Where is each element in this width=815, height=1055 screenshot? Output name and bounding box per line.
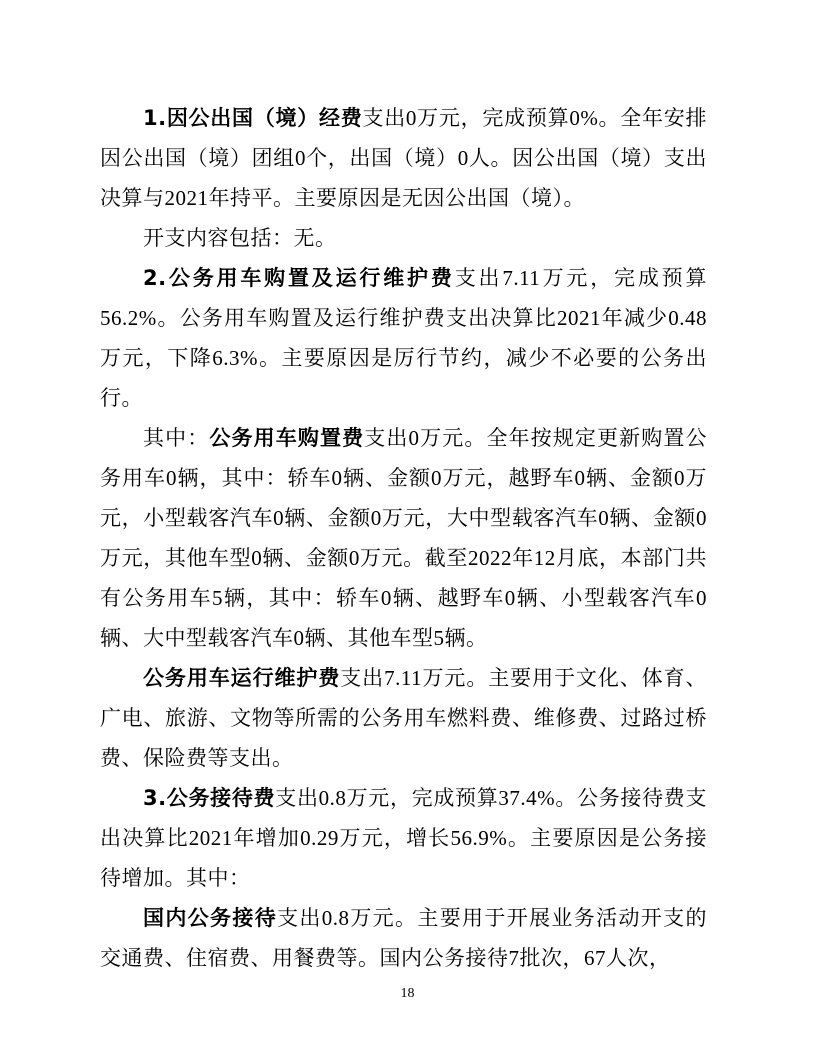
page-number: 18 xyxy=(0,986,815,1002)
paragraph-lead-bold: 1.因公出国（境）经费 xyxy=(143,106,362,130)
paragraph-overseas-travel-expense: 1.因公出国（境）经费支出0万元，完成预算0%。全年安排因公出国（境）团组0个，… xyxy=(100,98,707,218)
paragraph-lead-bold: 国内公务接待 xyxy=(143,906,277,930)
paragraph-vehicle-purchase-detail: 其中：公务用车购置费支出0万元。全年按规定更新购置公务用车0辆，其中：轿车0辆、… xyxy=(100,418,707,658)
paragraph-text: 开支内容包括：无。 xyxy=(143,226,337,250)
document-body: 1.因公出国（境）经费支出0万元，完成预算0%。全年安排因公出国（境）团组0个，… xyxy=(100,98,707,978)
paragraph-lead-bold: 3.公务接待费 xyxy=(143,786,275,810)
paragraph-lead-bold: 2.公务用车购置及运行维护费 xyxy=(143,266,455,290)
paragraph-domestic-reception: 国内公务接待支出0.8万元。主要用于开展业务活动开支的交通费、住宿费、用餐费等。… xyxy=(100,898,707,978)
paragraph-text: 其中： xyxy=(143,426,209,450)
document-page: 1.因公出国（境）经费支出0万元，完成预算0%。全年安排因公出国（境）团组0个，… xyxy=(0,0,815,1055)
paragraph-vehicle-purchase-maintenance: 2.公务用车购置及运行维护费支出7.11万元，完成预算56.2%。公务用车购置及… xyxy=(100,258,707,418)
paragraph-lead-bold: 公务用车运行维护费 xyxy=(143,666,340,690)
paragraph-official-reception: 3.公务接待费支出0.8万元，完成预算37.4%。公务接待费支出决算比2021年… xyxy=(100,778,707,898)
paragraph-expense-content: 开支内容包括：无。 xyxy=(100,218,707,258)
paragraph-text: 支出0万元。全年按规定更新购置公务用车0辆，其中：轿车0辆、金额0万元，越野车0… xyxy=(100,426,707,650)
paragraph-vehicle-operation-maintenance: 公务用车运行维护费支出7.11万元。主要用于文化、体育、广电、旅游、文物等所需的… xyxy=(100,658,707,778)
paragraph-lead-bold: 公务用车购置费 xyxy=(209,426,364,450)
